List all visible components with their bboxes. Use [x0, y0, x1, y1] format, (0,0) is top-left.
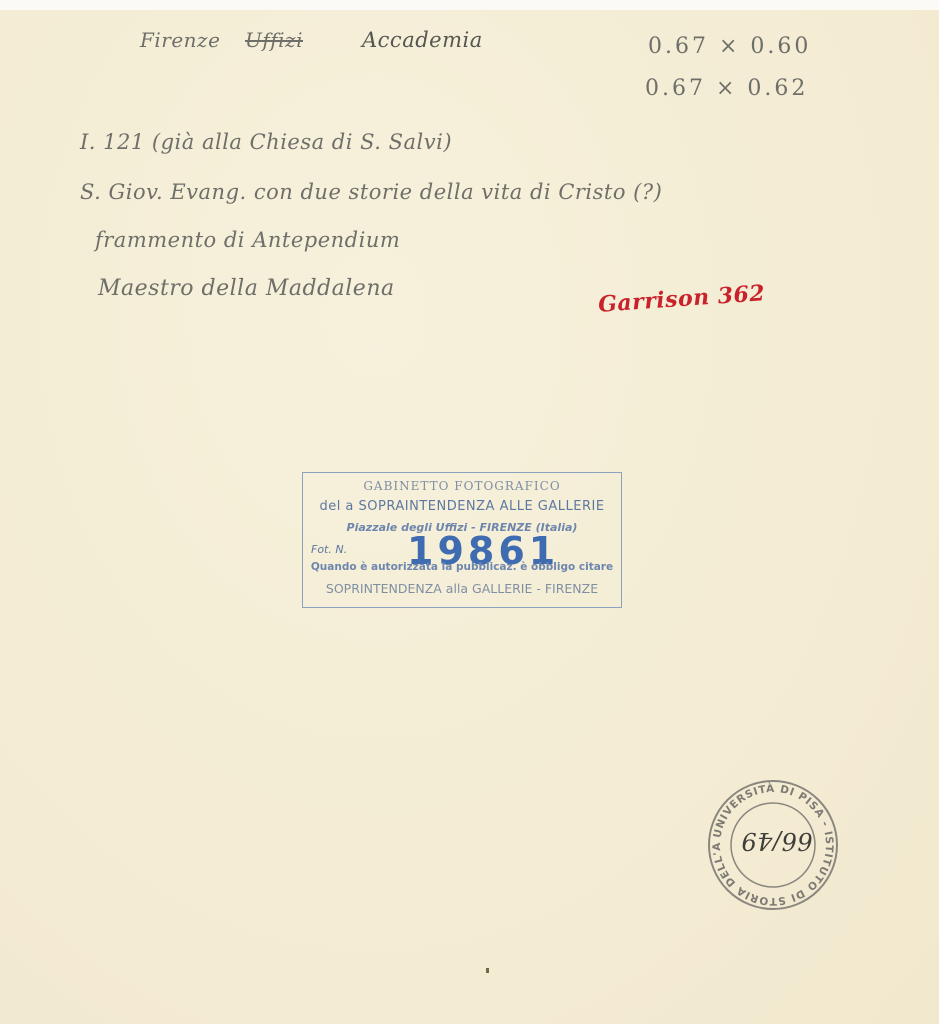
- annotation-city: Firenze: [140, 28, 220, 52]
- paper-speck: [486, 968, 489, 973]
- annotation-struck-uffizi: Uffizi: [245, 28, 303, 52]
- seal-handwritten-code: 66/49: [741, 827, 813, 855]
- dimension-1: 0.67 × 0.60: [648, 34, 811, 59]
- subject-line: S. Giov. Evang. con due storie della vit…: [80, 180, 662, 204]
- stamp-fot-label: Fot. N.: [311, 543, 347, 556]
- inventory-line: I. 121 (già alla Chiesa di S. Salvi): [80, 130, 452, 154]
- stamp-line-2: del a SOPRAINTENDENZA ALLE GALLERIE: [303, 499, 621, 514]
- stamp-line-1: GABINETTO FOTOGRAFICO: [303, 479, 621, 493]
- gabinetto-fotografico-stamp: GABINETTO FOTOGRAFICO del a SOPRAINTENDE…: [302, 472, 622, 608]
- stamp-line-5: Quando è autorizzata la pubblicaz. è obb…: [303, 561, 621, 573]
- annotation-institution: Accademia: [362, 28, 483, 52]
- dimension-2: 0.67 × 0.62: [645, 76, 808, 101]
- university-seal: UNIVERSITÀ DI PISA - ISTITUTO DI STORIA …: [703, 777, 843, 913]
- artist-line: Maestro della Maddalena: [98, 276, 395, 301]
- stamp-line-6: SOPRINTENDENZA alla GALLERIE - FIRENZE: [303, 581, 621, 596]
- object-line: frammento di Antependium: [95, 228, 400, 252]
